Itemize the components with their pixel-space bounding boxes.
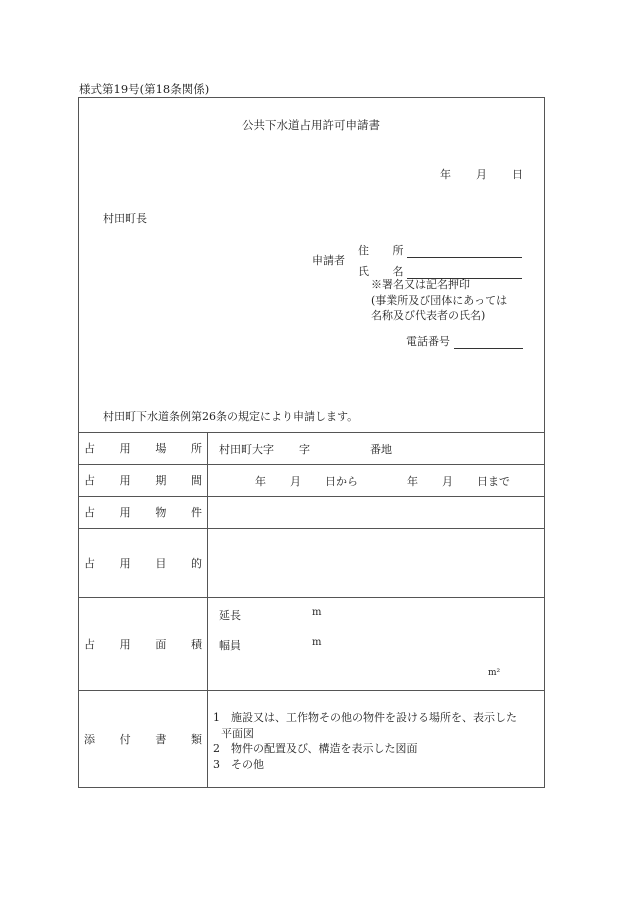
- date-month: 月: [476, 166, 487, 182]
- phone-input-line[interactable]: [454, 336, 523, 349]
- label-char: 類: [191, 731, 202, 747]
- period-to-year: 年: [407, 473, 418, 489]
- label-char: 所: [191, 440, 202, 456]
- signature-note: ※署名又は記名押印 (事業所及び団体にあっては 名称及び代表者の氏名): [371, 277, 507, 324]
- object-field[interactable]: [208, 497, 544, 528]
- phone-row[interactable]: 電話番号: [406, 333, 523, 349]
- label-char: 期: [155, 472, 166, 488]
- place-aza: 字: [299, 441, 310, 457]
- period-to-month: 月: [442, 473, 453, 489]
- label-char: 用: [120, 472, 131, 488]
- label-place: 占 用 場 所: [84, 432, 202, 464]
- period-from-day: 日から: [325, 473, 358, 489]
- label-char: 面: [155, 636, 166, 652]
- label-char: 物: [155, 504, 166, 520]
- applicant-label: 申請者: [312, 252, 345, 268]
- label-char: 占: [84, 555, 95, 571]
- label-char: 場: [155, 440, 166, 456]
- label-char: 用: [120, 504, 131, 520]
- width-unit: m: [312, 637, 321, 648]
- address-input-line[interactable]: [407, 245, 522, 258]
- label-char: 占: [84, 472, 95, 488]
- form-number-label: 様式第19号(第18条関係): [79, 81, 209, 97]
- length-unit: m: [312, 607, 321, 618]
- statement: 村田町下水道条例第26条の規定により申請します。: [103, 408, 358, 424]
- label-char: 用: [120, 555, 131, 571]
- label-char: 用: [120, 636, 131, 652]
- form-title: 公共下水道占用許可申請書: [242, 117, 380, 133]
- attachments-list: 1 施設又は、工作物その他の物件を設ける場所を、表示した 平面図 2 物件の配置…: [213, 710, 517, 772]
- signature-note-1: ※署名又は記名押印: [371, 277, 507, 293]
- label-char: 間: [191, 472, 202, 488]
- address-label-1: 住: [358, 244, 369, 257]
- label-char: 占: [84, 504, 95, 520]
- date-day: 日: [512, 166, 523, 182]
- attachment-item-1: 1 施設又は、工作物その他の物件を設ける場所を、表示した: [213, 710, 517, 726]
- attachment-item-2: 2 物件の配置及び、構造を表示した図面: [213, 741, 517, 757]
- period-to-day: 日まで: [477, 473, 510, 489]
- attachment-item-1-cont: 平面図: [213, 726, 517, 742]
- purpose-field[interactable]: [208, 529, 544, 597]
- label-char: 的: [191, 555, 202, 571]
- label-char: 添: [84, 731, 95, 747]
- place-field[interactable]: 村田町大字 字 番地: [219, 441, 539, 457]
- address-label-2: 所: [393, 244, 404, 257]
- label-area: 占 用 面 積: [84, 597, 202, 690]
- label-char: 件: [191, 504, 202, 520]
- period-from-year: 年: [255, 473, 266, 489]
- label-char: 占: [84, 440, 95, 456]
- label-attachments: 添 付 書 類: [84, 690, 202, 788]
- phone-label: 電話番号: [406, 335, 450, 348]
- column-divider: [207, 432, 208, 788]
- period-from-month: 月: [290, 473, 301, 489]
- label-object: 占 用 物 件: [84, 496, 202, 528]
- area-unit: m²: [488, 668, 500, 678]
- width-label: 幅員: [219, 637, 241, 653]
- signature-note-3: 名称及び代表者の氏名): [371, 308, 507, 324]
- label-char: 積: [191, 636, 202, 652]
- label-char: 書: [155, 731, 166, 747]
- label-char: 目: [155, 555, 166, 571]
- label-char: 用: [120, 440, 131, 456]
- attachment-item-3: 3 その他: [213, 757, 517, 773]
- address-row[interactable]: 住 所: [358, 242, 522, 258]
- place-prefix: 村田町大字: [219, 443, 274, 456]
- name-label-1: 氏: [358, 265, 369, 278]
- length-label: 延長: [219, 607, 241, 623]
- date-year: 年: [440, 166, 451, 182]
- label-purpose: 占 用 目 的: [84, 528, 202, 597]
- addressee: 村田町長: [103, 210, 147, 226]
- signature-note-2: (事業所及び団体にあっては: [371, 293, 507, 309]
- label-period: 占 用 期 間: [84, 464, 202, 496]
- label-char: 占: [84, 636, 95, 652]
- label-char: 付: [120, 731, 131, 747]
- place-banchi: 番地: [370, 441, 392, 457]
